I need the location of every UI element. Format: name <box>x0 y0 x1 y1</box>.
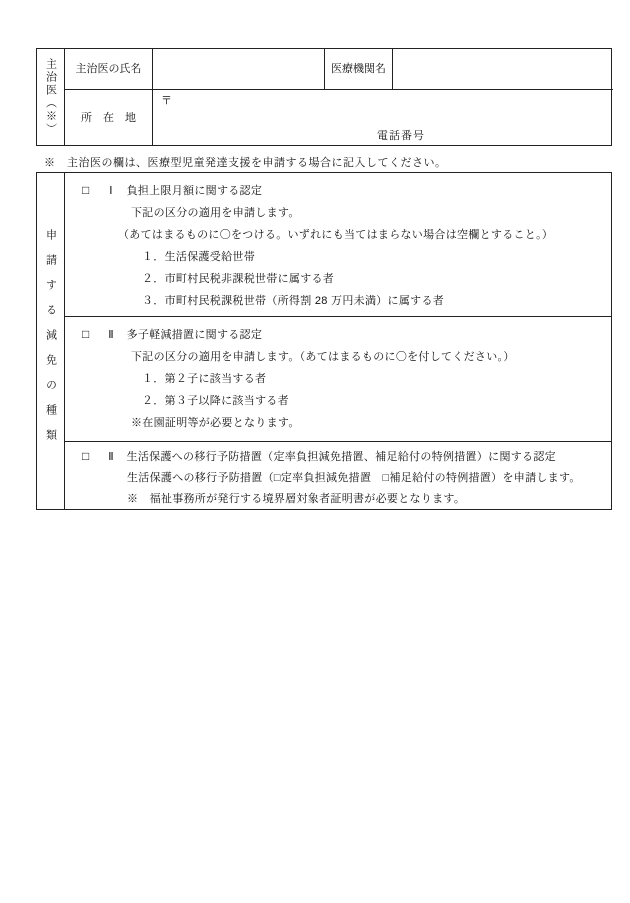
section-1-option-1[interactable]: １．生活保護受給世帯 <box>65 246 612 268</box>
medical-institution-field[interactable] <box>393 49 613 90</box>
physician-name-label: 主治医の氏名 <box>65 49 153 90</box>
section-3-checkbox[interactable]: □ <box>82 449 90 463</box>
section-1-option-3[interactable]: ３．市町村民税課税世帯（所得割 28 万円未満）に属する者 <box>65 290 612 312</box>
section-1-line: 下記の区分の適用を申請します。 <box>65 202 612 224</box>
section-2-title: 多子軽減措置に関する認定 <box>127 329 263 341</box>
section-1-line: （あてはまるものに〇をつける。いずれにも当てはまらない場合は空欄とすること。） <box>65 224 612 246</box>
physician-side-label: 主治医（※） <box>44 58 58 136</box>
exemption-section-3: □Ⅱ生活保護への移行予防措置（定率負担減免措置、補足給付の特例措置）に関する認定… <box>65 442 612 511</box>
section-3-statement[interactable]: 生活保護への移行予防措置（□定率負担減免措置 □補足給付の特例措置）を申請します… <box>65 468 612 489</box>
section-3-numeral: Ⅱ <box>105 447 118 468</box>
application-form-page: 主治医（※） 主治医の氏名 医療機関名 所 在 地 〒 電話番号 ※ 主治医の欄… <box>0 0 630 903</box>
section-3-heading: □Ⅱ生活保護への移行予防措置（定率負担減免措置、補足給付の特例措置）に関する認定 <box>65 446 612 468</box>
section-2-checkbox[interactable]: □ <box>82 327 90 341</box>
physician-table: 主治医（※） 主治医の氏名 医療機関名 所 在 地 〒 電話番号 <box>36 48 612 146</box>
section-2-numeral: Ⅱ <box>105 324 118 346</box>
section-1-checkbox[interactable]: □ <box>82 183 90 197</box>
physician-note: ※ 主治医の欄は、医療型児童発達支援を申請する場合に記入してください。 <box>44 154 447 170</box>
section-2-heading: □Ⅱ多子軽減措置に関する認定 <box>65 323 612 346</box>
section-1-heading: □Ⅰ負担上限月額に関する認定 <box>65 179 612 202</box>
section-2-option-2[interactable]: ２．第３子以降に該当する者 <box>65 390 612 412</box>
section-2-option-1[interactable]: １．第２子に該当する者 <box>65 368 612 390</box>
phone-number-label: 電話番号 <box>377 129 425 143</box>
exemption-side-label: 申請する減免の種類 <box>44 229 58 454</box>
address-label: 所 在 地 <box>65 90 153 145</box>
section-1-title: 負担上限月額に関する認定 <box>127 185 263 197</box>
section-1-option-2[interactable]: ２．市町村民税非課税世帯に属する者 <box>65 268 612 290</box>
section-2-line: 下記の区分の適用を申請します。（あてはまるものに〇を付してください。） <box>65 346 612 368</box>
section-3-title: 生活保護への移行予防措置（定率負担減免措置、補足給付の特例措置）に関する認定 <box>127 451 556 463</box>
section-2-note: ※在園証明等が必要となります。 <box>65 412 612 434</box>
exemption-side-header: 申請する減免の種類 <box>37 173 65 509</box>
section-3-note: ※ 福祉事務所が発行する境界層対象者証明書が必要となります。 <box>65 489 612 510</box>
exemption-section-1: □Ⅰ負担上限月額に関する認定 下記の区分の適用を申請します。 （あてはまるものに… <box>65 173 612 317</box>
medical-institution-label: 医療機関名 <box>325 49 393 90</box>
postal-mark: 〒 <box>161 94 172 108</box>
section-1-numeral: Ⅰ <box>105 180 118 202</box>
address-field[interactable]: 〒 電話番号 <box>153 90 613 145</box>
exemption-section-2: □Ⅱ多子軽減措置に関する認定 下記の区分の適用を申請します。（あてはまるものに〇… <box>65 317 612 442</box>
physician-name-field[interactable] <box>153 49 325 90</box>
physician-side-header: 主治医（※） <box>37 49 65 145</box>
exemption-table: 申請する減免の種類 □Ⅰ負担上限月額に関する認定 下記の区分の適用を申請します。… <box>36 172 612 510</box>
